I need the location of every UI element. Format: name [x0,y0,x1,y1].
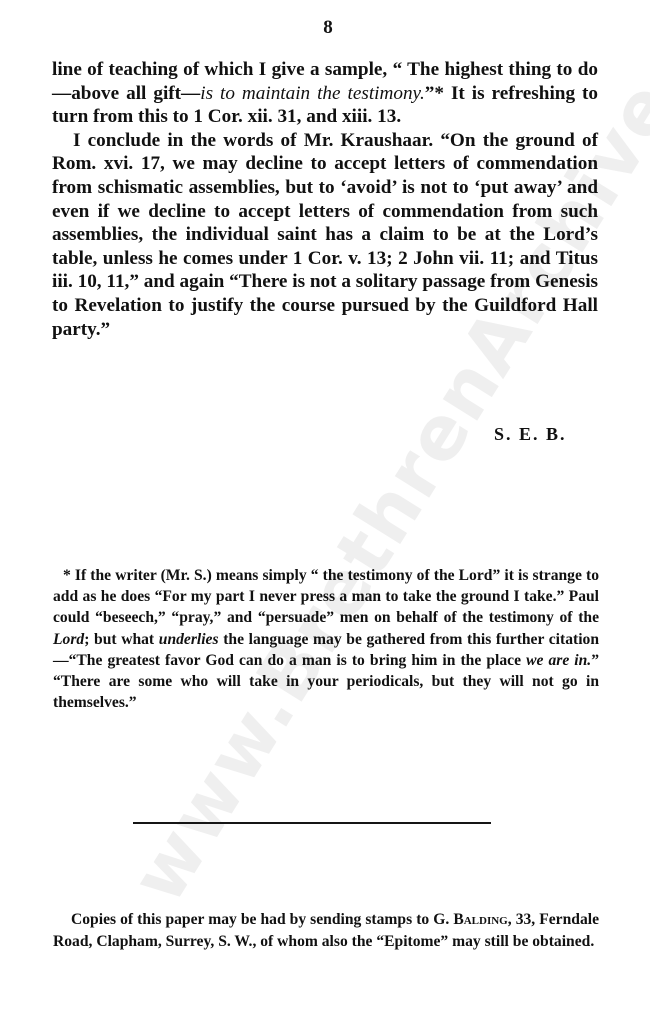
paragraph-1-italic-quote: is to maintain the testimony. [200,83,425,104]
paragraph-2: I conclude in the words of Mr. Kraushaar… [52,129,598,341]
footnote-text: ; but what [84,631,159,648]
main-text: line of teaching of which I give a sampl… [52,58,598,341]
paragraph-1: line of teaching of which I give a sampl… [52,58,598,129]
horizontal-rule [133,822,491,824]
publisher-name: Balding [453,911,507,928]
footnote-italic-underlies: underlies [159,631,219,648]
footnote-text: * If the writer (Mr. S.) means simply “ … [53,567,599,626]
footnote-paragraph: * If the writer (Mr. S.) means simply “ … [53,565,599,713]
signature: S. E. B. [494,424,567,445]
page-number: 8 [0,17,650,39]
footnote: * If the writer (Mr. S.) means simply “ … [53,565,599,713]
footnote-italic-we-are-in: we are in. [526,652,591,669]
colophon-paragraph: Copies of this paper may be had by sendi… [53,909,599,953]
colophon-text: Copies of this paper may be had by sendi… [71,911,453,928]
colophon: Copies of this paper may be had by sendi… [53,909,599,953]
footnote-italic-lord: Lord [53,631,84,648]
